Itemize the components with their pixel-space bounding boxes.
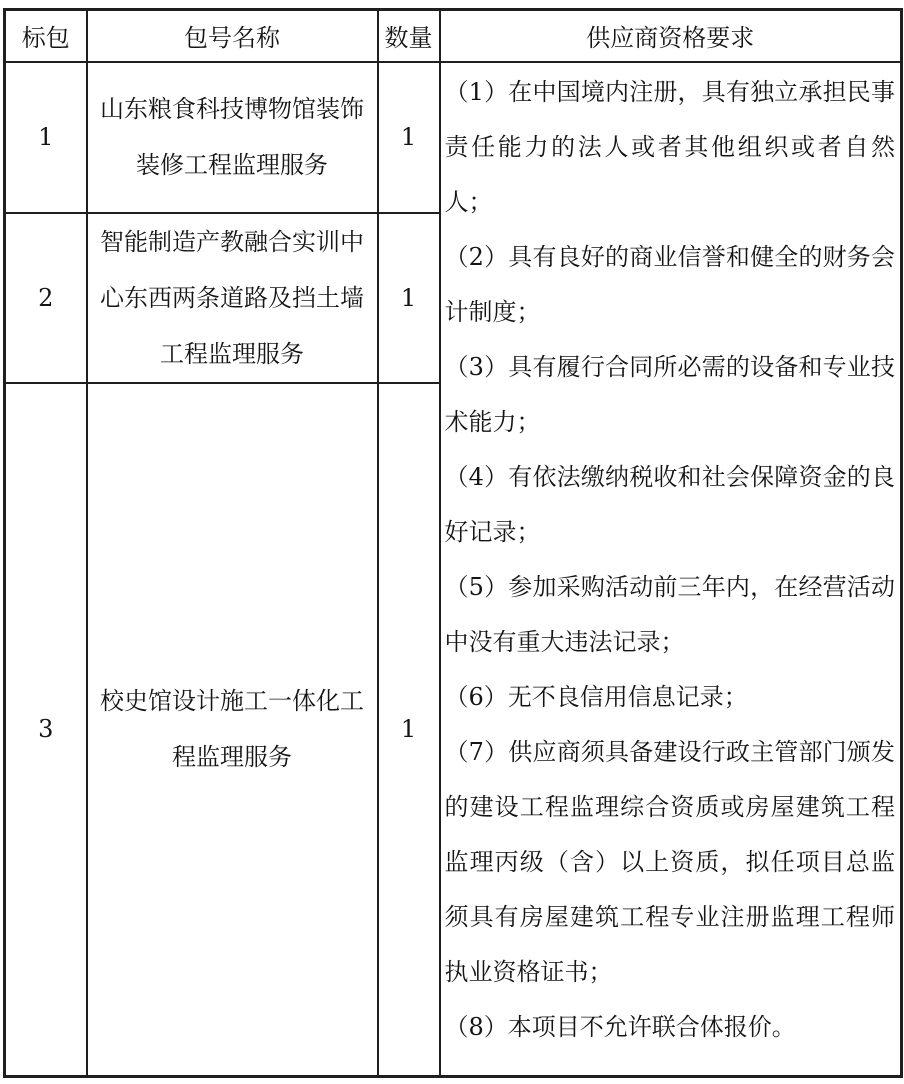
table-body: 1 山东粮食科技博物馆装饰装修工程监理服务 1 （1）在中国境内注册，具有独立承… — [5, 62, 902, 1077]
procurement-packages-table: 标包 包号名称 数量 供应商资格要求 1 山东粮食科技博物馆装饰装修工程监理服务… — [3, 8, 903, 1078]
col-header-package-no: 标包 — [5, 10, 87, 62]
package-no-cell: 2 — [5, 213, 87, 383]
package-name-cell: 山东粮食科技博物馆装饰装修工程监理服务 — [87, 62, 378, 213]
requirement-item: （4）有依法缴纳税收和社会保障资金的良好记录； — [445, 450, 896, 560]
package-no-cell: 3 — [5, 383, 87, 1077]
quantity-cell: 1 — [378, 62, 440, 213]
requirement-item: （1）在中国境内注册，具有独立承担民事责任能力的法人或者其他组织或者自然人； — [445, 65, 896, 230]
col-header-qualification: 供应商资格要求 — [440, 10, 902, 62]
qualification-requirements-cell: （1）在中国境内注册，具有独立承担民事责任能力的法人或者其他组织或者自然人；（2… — [440, 62, 902, 1077]
col-header-quantity: 数量 — [378, 10, 440, 62]
requirement-item: （3）具有履行合同所必需的设备和专业技术能力； — [445, 340, 896, 450]
table-row: 1 山东粮食科技博物馆装饰装修工程监理服务 1 （1）在中国境内注册，具有独立承… — [5, 62, 902, 213]
requirement-item: （6）无不良信用信息记录； — [445, 670, 896, 725]
col-header-package-name: 包号名称 — [87, 10, 378, 62]
requirement-item: （7）供应商须具备建设行政主管部门颁发的建设工程监理综合资质或房屋建筑工程监理丙… — [445, 725, 896, 1000]
requirement-item: （8）本项目不允许联合体报价。 — [445, 1000, 896, 1055]
package-no-cell: 1 — [5, 62, 87, 213]
package-name-cell: 校史馆设计施工一体化工程监理服务 — [87, 383, 378, 1077]
quantity-cell: 1 — [378, 213, 440, 383]
package-name-cell: 智能制造产教融合实训中心东西两条道路及挡土墙工程监理服务 — [87, 213, 378, 383]
table-header-row: 标包 包号名称 数量 供应商资格要求 — [5, 10, 902, 62]
quantity-cell: 1 — [378, 383, 440, 1077]
requirement-item: （5）参加采购活动前三年内，在经营活动中没有重大违法记录； — [445, 560, 896, 670]
requirement-item: （2）具有良好的商业信誉和健全的财务会计制度； — [445, 230, 896, 340]
